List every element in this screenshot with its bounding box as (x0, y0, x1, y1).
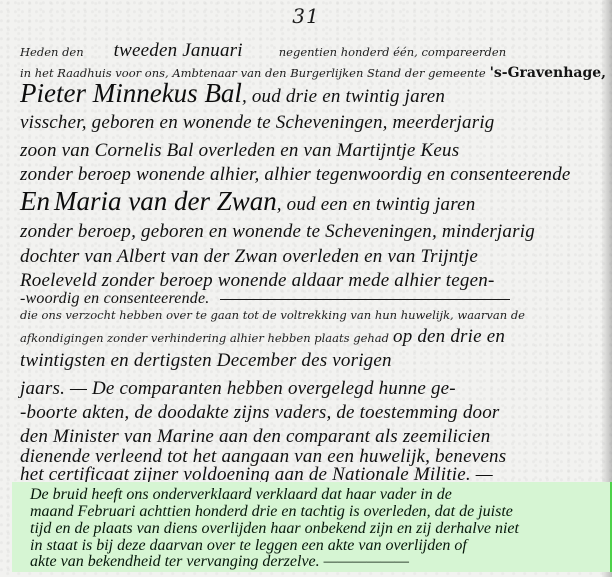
record-line-banns-dates: twintigsten en dertigsten December des v… (20, 350, 392, 372)
bride-age: , oud een en twintig jaren (277, 194, 476, 215)
printed-banns-clause: afkondigingen zonder verhindering alhier… (20, 331, 389, 345)
annotation-line-5: akte van bekendheid ter vervanging derze… (30, 553, 409, 571)
banns-dates-start: op den drie en (393, 326, 505, 347)
record-line-groom-mother-status: zonder beroep wonende alhier, alhier teg… (20, 164, 571, 186)
minister-consent: den Minister van Marine aan den comparan… (20, 426, 490, 447)
bride-mother-status: Roeleveld zonder beroep wonende aldaar m… (20, 270, 494, 291)
handwritten-date: tweeden Januari (114, 40, 243, 61)
page-number: 31 (0, 4, 612, 28)
groom-occupation-residence: visscher, geboren en wonende te Scheveni… (20, 112, 495, 133)
record-line-banns: afkondigingen zonder verhindering alhier… (20, 326, 505, 348)
record-line-bride: En Maria van der Zwan, oud een en twinti… (20, 186, 475, 217)
record-line-date: Heden den tweeden Januari negentien hond… (20, 40, 506, 62)
consent-text: -woordig en consenteerende. (20, 290, 210, 307)
annotation-line-3: tijd en de plaats van diens overlijden h… (30, 520, 519, 538)
birth-death-acts: -boorte akten, de doodakte zijns vaders,… (20, 402, 500, 423)
document-page: 31 Heden den tweeden Januari negentien h… (0, 0, 612, 577)
highlighted-annotation: De bruid heeft ons onderverklaard verkla… (12, 482, 612, 572)
bride-parents: dochter van Albert van der Zwan overlede… (20, 246, 478, 267)
bride-occupation-residence: zonder beroep, geboren en wonende te Sch… (20, 221, 535, 242)
bride-prefix: En (20, 186, 50, 216)
record-line-groom: Pieter Minnekus Bal, oud drie en twintig… (20, 78, 445, 109)
annotation-line-2: maand Februari achttien honderd drie en … (30, 503, 513, 521)
record-line-groom-parents: zoon van Cornelis Bal overleden en van M… (20, 140, 459, 162)
groom-mother-status: zonder beroep wonende alhier, alhier teg… (20, 164, 571, 185)
printed-request-clause: die ons verzocht hebben over te gaan tot… (20, 308, 525, 322)
record-line-minister: den Minister van Marine aan den comparan… (20, 426, 490, 448)
documents-submitted: jaars. — De comparanten hebben overgeleg… (20, 378, 456, 399)
record-line-request: die ons verzocht hebben over te gaan tot… (20, 306, 525, 324)
printed-year-clause: negentien honderd één, compareerden (279, 45, 506, 59)
groom-age: , oud drie en twintig jaren (242, 86, 445, 107)
record-line-bride-mother: Roeleveld zonder beroep wonende aldaar m… (20, 270, 494, 292)
record-line-groom-occupation: visscher, geboren en wonende te Scheveni… (20, 112, 495, 134)
annotation-line-1: De bruid heeft ons onderverklaard verkla… (30, 486, 452, 504)
municipality-name: 's-Gravenhage, (490, 65, 606, 81)
record-line-documents: jaars. — De comparanten hebben overgeleg… (20, 378, 456, 400)
record-line-bride-occupation: zonder beroep, geboren en wonende te Sch… (20, 221, 535, 243)
banns-dates: twintigsten en dertigsten December des v… (20, 350, 392, 371)
groom-name: Pieter Minnekus Bal (20, 78, 242, 108)
record-line-bride-parents: dochter van Albert van der Zwan overlede… (20, 246, 478, 268)
bride-name: Maria van der Zwan (54, 186, 277, 216)
printed-heden-den: Heden den (20, 45, 84, 59)
groom-parents: zoon van Cornelis Bal overleden en van M… (20, 140, 459, 161)
fill-line (220, 299, 510, 300)
record-line-birth-death-acts: -boorte akten, de doodakte zijns vaders,… (20, 402, 500, 424)
